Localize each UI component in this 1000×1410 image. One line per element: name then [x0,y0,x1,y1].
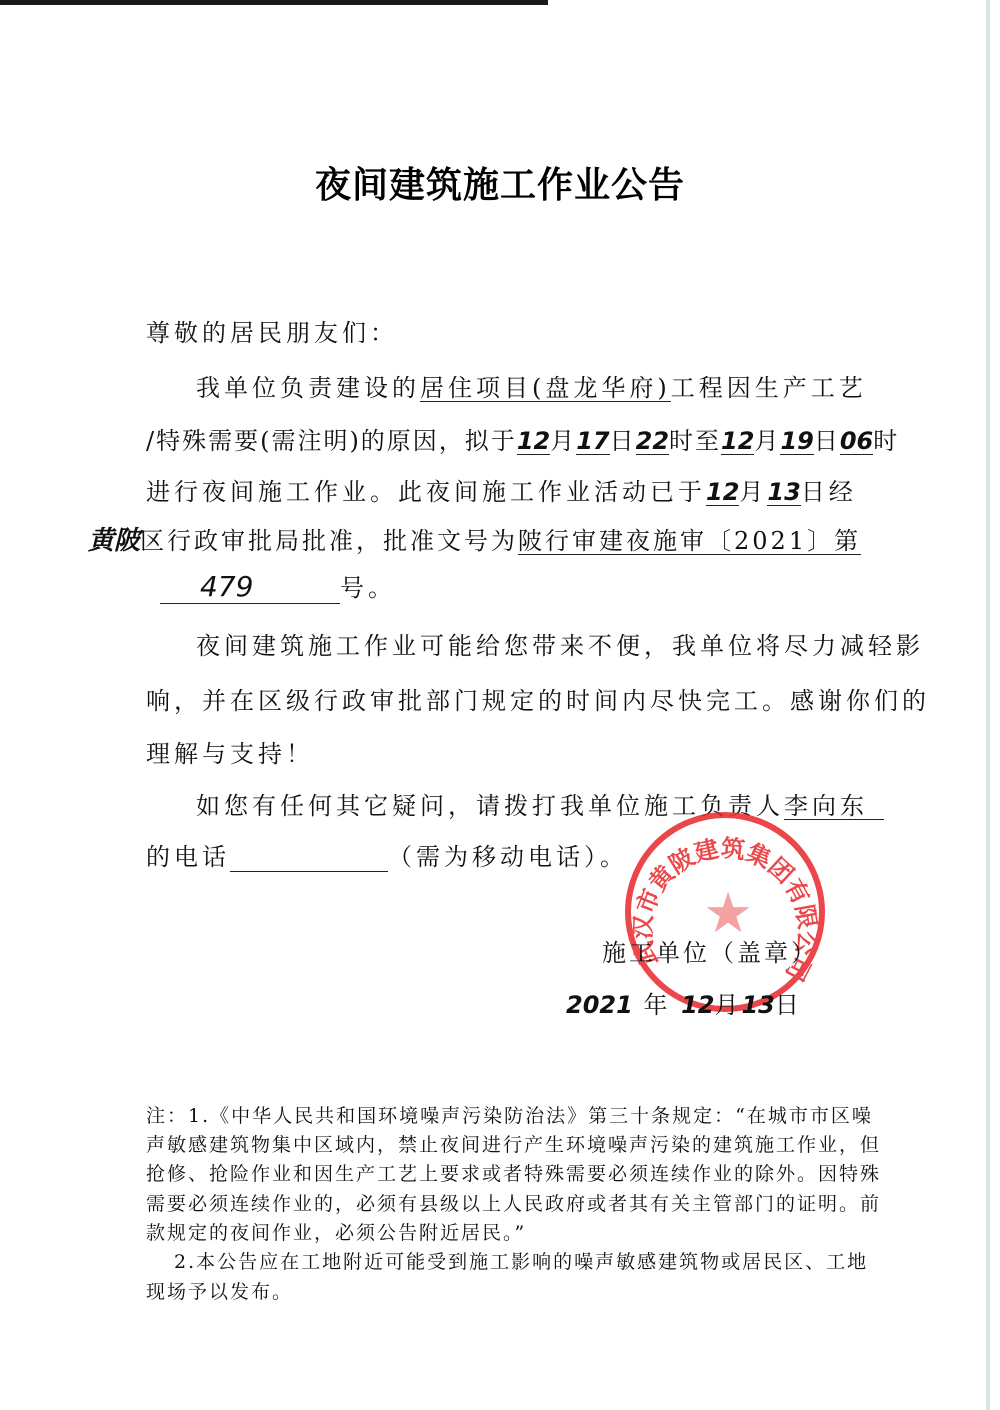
text: 的电话 [146,843,230,871]
para2-line2: 响，并在区级行政审批部门规定的时间内尽快完工。感谢你们的 [146,681,930,716]
text: 工程因生产工艺 [671,374,867,402]
approval-doc-prefix: 陂行审建夜施审〔2021〕第 [518,528,861,555]
para1-line3: 进行夜间施工作业。此夜间施工作业活动已于12月13日经 [146,472,857,507]
para2-line1: 夜间建筑施工作业可能给您带来不便，我单位将尽力减轻影 [196,626,924,661]
note-line: 需要必须连续作业的，必须有县级以上人民政府或者其有关主管部门的证明。前 [146,1189,881,1216]
phone-field [230,847,388,872]
start-month-field: 12 [517,428,550,455]
sign-day: 13 [741,991,774,1019]
text: 年 [643,991,670,1019]
text: （需为移动电话）。 [388,843,628,871]
note-line: 款规定的夜间作业，必须公告附近居民。” [146,1218,526,1245]
note-line: 2.本公告应在工地附近可能受到施工影响的噪声敏感建筑物或居民区、工地 [174,1247,868,1274]
document-title: 夜间建筑施工作业公告 [0,157,1000,208]
text: 日 [814,427,840,455]
para2-line3: 理解与支持！ [146,734,314,769]
text: 月 [739,478,767,506]
text: 时 [873,427,899,455]
text: 我单位负责建设的 [196,374,420,402]
note-line: 抢修、抢险作业和因生产工艺上要求或者特殊需要必须连续作业的除外。因特殊 [146,1159,881,1186]
text: 日 [775,991,802,1019]
end-month-field: 12 [721,428,754,455]
sign-year: 2021 [566,991,633,1019]
district-handwritten: 黄陂 [88,526,140,556]
text: 月 [754,427,780,455]
para1-line4: 黄陂区行政审批局批准，批准文号为陂行审建夜施审〔2021〕第 [88,520,861,557]
end-day-field: 19 [780,428,813,455]
text: 日 [610,427,636,455]
scan-edge-top [0,0,548,5]
approval-number-field: 479 [160,572,340,604]
project-name-field: 居住项目(盘龙华府) [420,375,671,402]
para1-line1: 我单位负责建设的 居住项目(盘龙华府) 工程因生产工艺 [196,368,867,403]
note-line: 注：1.《中华人民共和国环境噪声污染防治法》第三十条规定：“在城市市区噪 [146,1101,873,1128]
company-seal: 武汉市黄陂建筑集团有限公司 ★ [625,812,825,1012]
text: 日经 [801,478,857,506]
signature-date: 2021 年 12月13日 [566,985,802,1020]
contact-person-field: 李向东 [784,793,884,820]
signature-unit-label: 施工单位（盖章） [602,933,818,968]
note-line: 声敏感建筑物集中区域内，禁止夜间进行产生环境噪声污染的建筑施工作业，但 [146,1130,881,1157]
greeting: 尊敬的居民朋友们： [146,313,398,348]
para3-line1: 如您有任何其它疑问，请拨打我单位施工负责人 李向东 [196,786,884,821]
text: 月 [550,427,576,455]
sign-month: 12 [681,991,714,1019]
text: 月 [714,991,741,1019]
text: /特殊需要(需注明)的原因，拟于 [146,427,517,455]
approval-day-field: 13 [767,479,800,506]
approval-month-field: 12 [706,479,739,506]
text: 进行夜间施工作业。此夜间施工作业活动已于 [146,478,706,506]
scan-edge-right [986,0,990,1410]
text: 时至 [669,427,721,455]
text: 区行政审批局批准，批准文号为 [140,527,518,555]
text: 号。 [340,574,396,602]
end-hour-field: 06 [840,428,873,455]
start-hour-field: 22 [636,428,669,455]
para3-line2: 的电话（需为移动电话）。 [146,837,628,872]
start-day-field: 17 [576,428,609,455]
para1-line5: 479号。 [160,568,396,604]
para1-line2: /特殊需要(需注明)的原因，拟于12月17日22时至12月19日06时 [146,421,899,456]
note-line: 现场予以发布。 [146,1277,293,1304]
